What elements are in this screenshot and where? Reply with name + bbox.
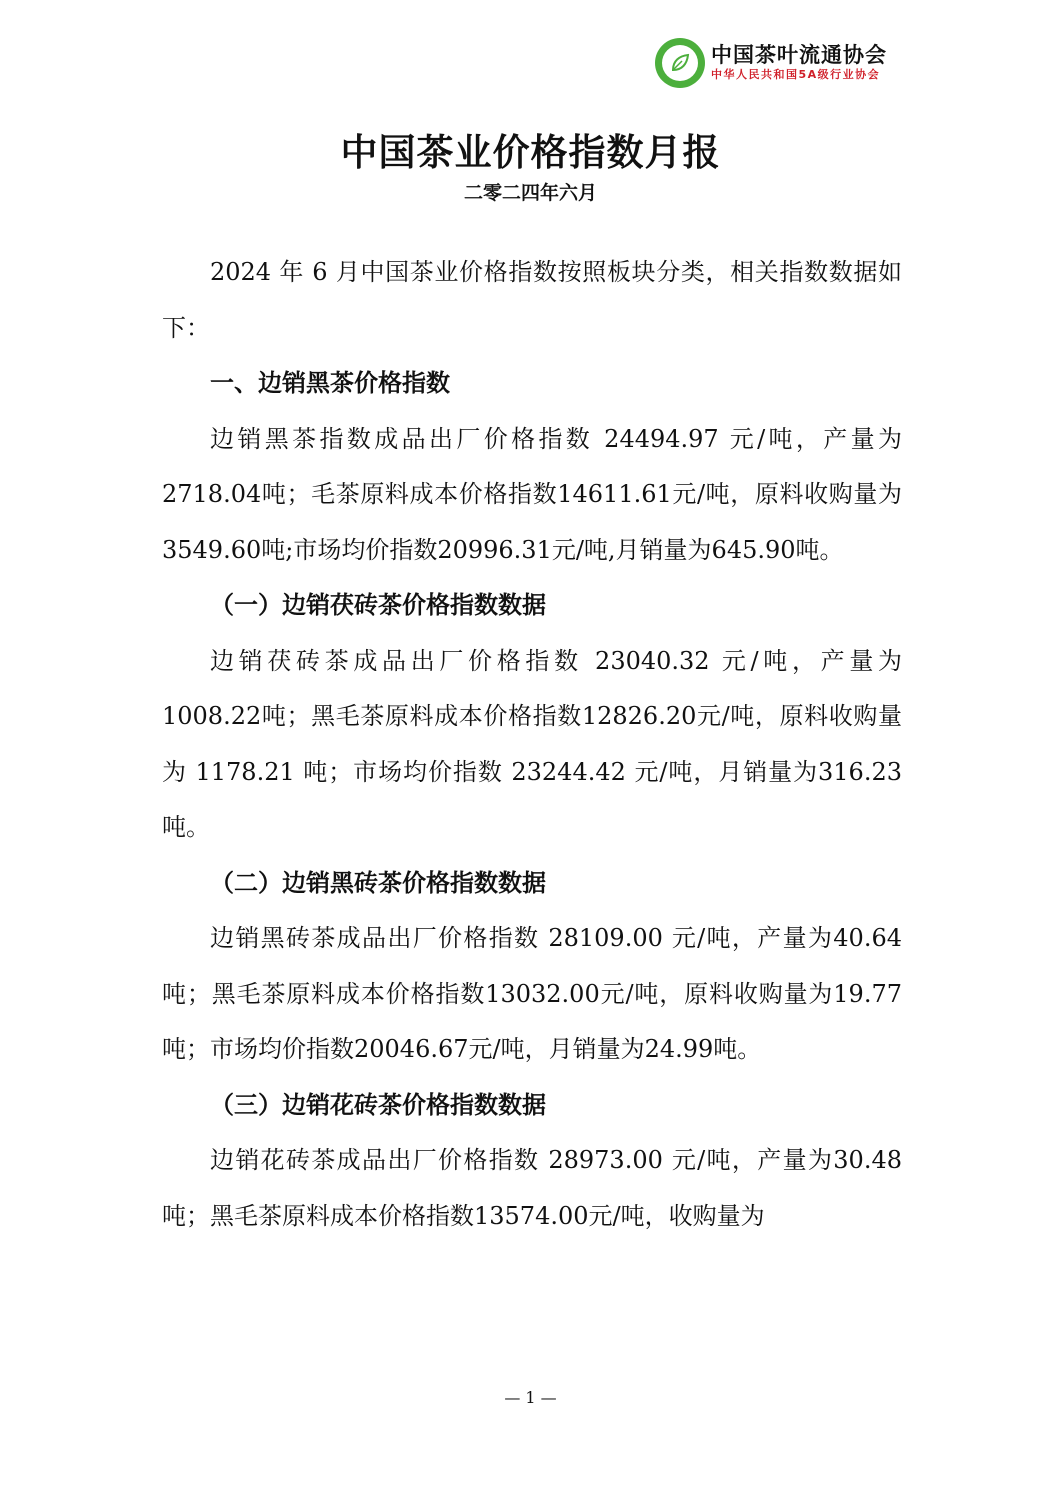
- document-title: 中国茶业价格指数月报: [0, 122, 1061, 176]
- subsection-heading-1: （一）边销茯砖茶价格指数数据: [162, 578, 902, 634]
- document-page: 中国茶叶流通协会 中华人民共和国5A级行业协会 中国茶业价格指数月报 二零二四年…: [0, 0, 1061, 1500]
- org-logo: 中国茶叶流通协会 中华人民共和国5A级行业协会: [655, 38, 887, 88]
- page-number: — 1 —: [0, 1388, 1061, 1407]
- section-1-paragraph: 边销黑茶指数成品出厂价格指数 24494.97 元/吨，产量为2718.04吨；…: [162, 412, 902, 579]
- section-heading-1: 一、边销黑茶价格指数: [162, 356, 902, 412]
- subsection-heading-3: （三）边销花砖茶价格指数数据: [162, 1078, 902, 1134]
- leaf-circle-icon: [655, 38, 705, 88]
- document-date: 二零二四年六月: [0, 178, 1061, 205]
- org-subtitle: 中华人民共和国5A级行业协会: [711, 67, 887, 83]
- subsection-1-paragraph: 边销茯砖茶成品出厂价格指数 23040.32 元/吨，产量为1008.22吨；黑…: [162, 634, 902, 856]
- org-name: 中国茶叶流通协会: [711, 43, 887, 67]
- intro-paragraph: 2024 年 6 月中国茶业价格指数按照板块分类，相关指数数据如下：: [162, 245, 902, 356]
- subsection-heading-2: （二）边销黑砖茶价格指数数据: [162, 856, 902, 912]
- document-body: 2024 年 6 月中国茶业价格指数按照板块分类，相关指数数据如下： 一、边销黑…: [162, 245, 902, 1244]
- subsection-2-paragraph: 边销黑砖茶成品出厂价格指数 28109.00 元/吨，产量为40.64吨；黑毛茶…: [162, 911, 902, 1078]
- subsection-3-paragraph: 边销花砖茶成品出厂价格指数 28973.00 元/吨，产量为30.48吨；黑毛茶…: [162, 1133, 902, 1244]
